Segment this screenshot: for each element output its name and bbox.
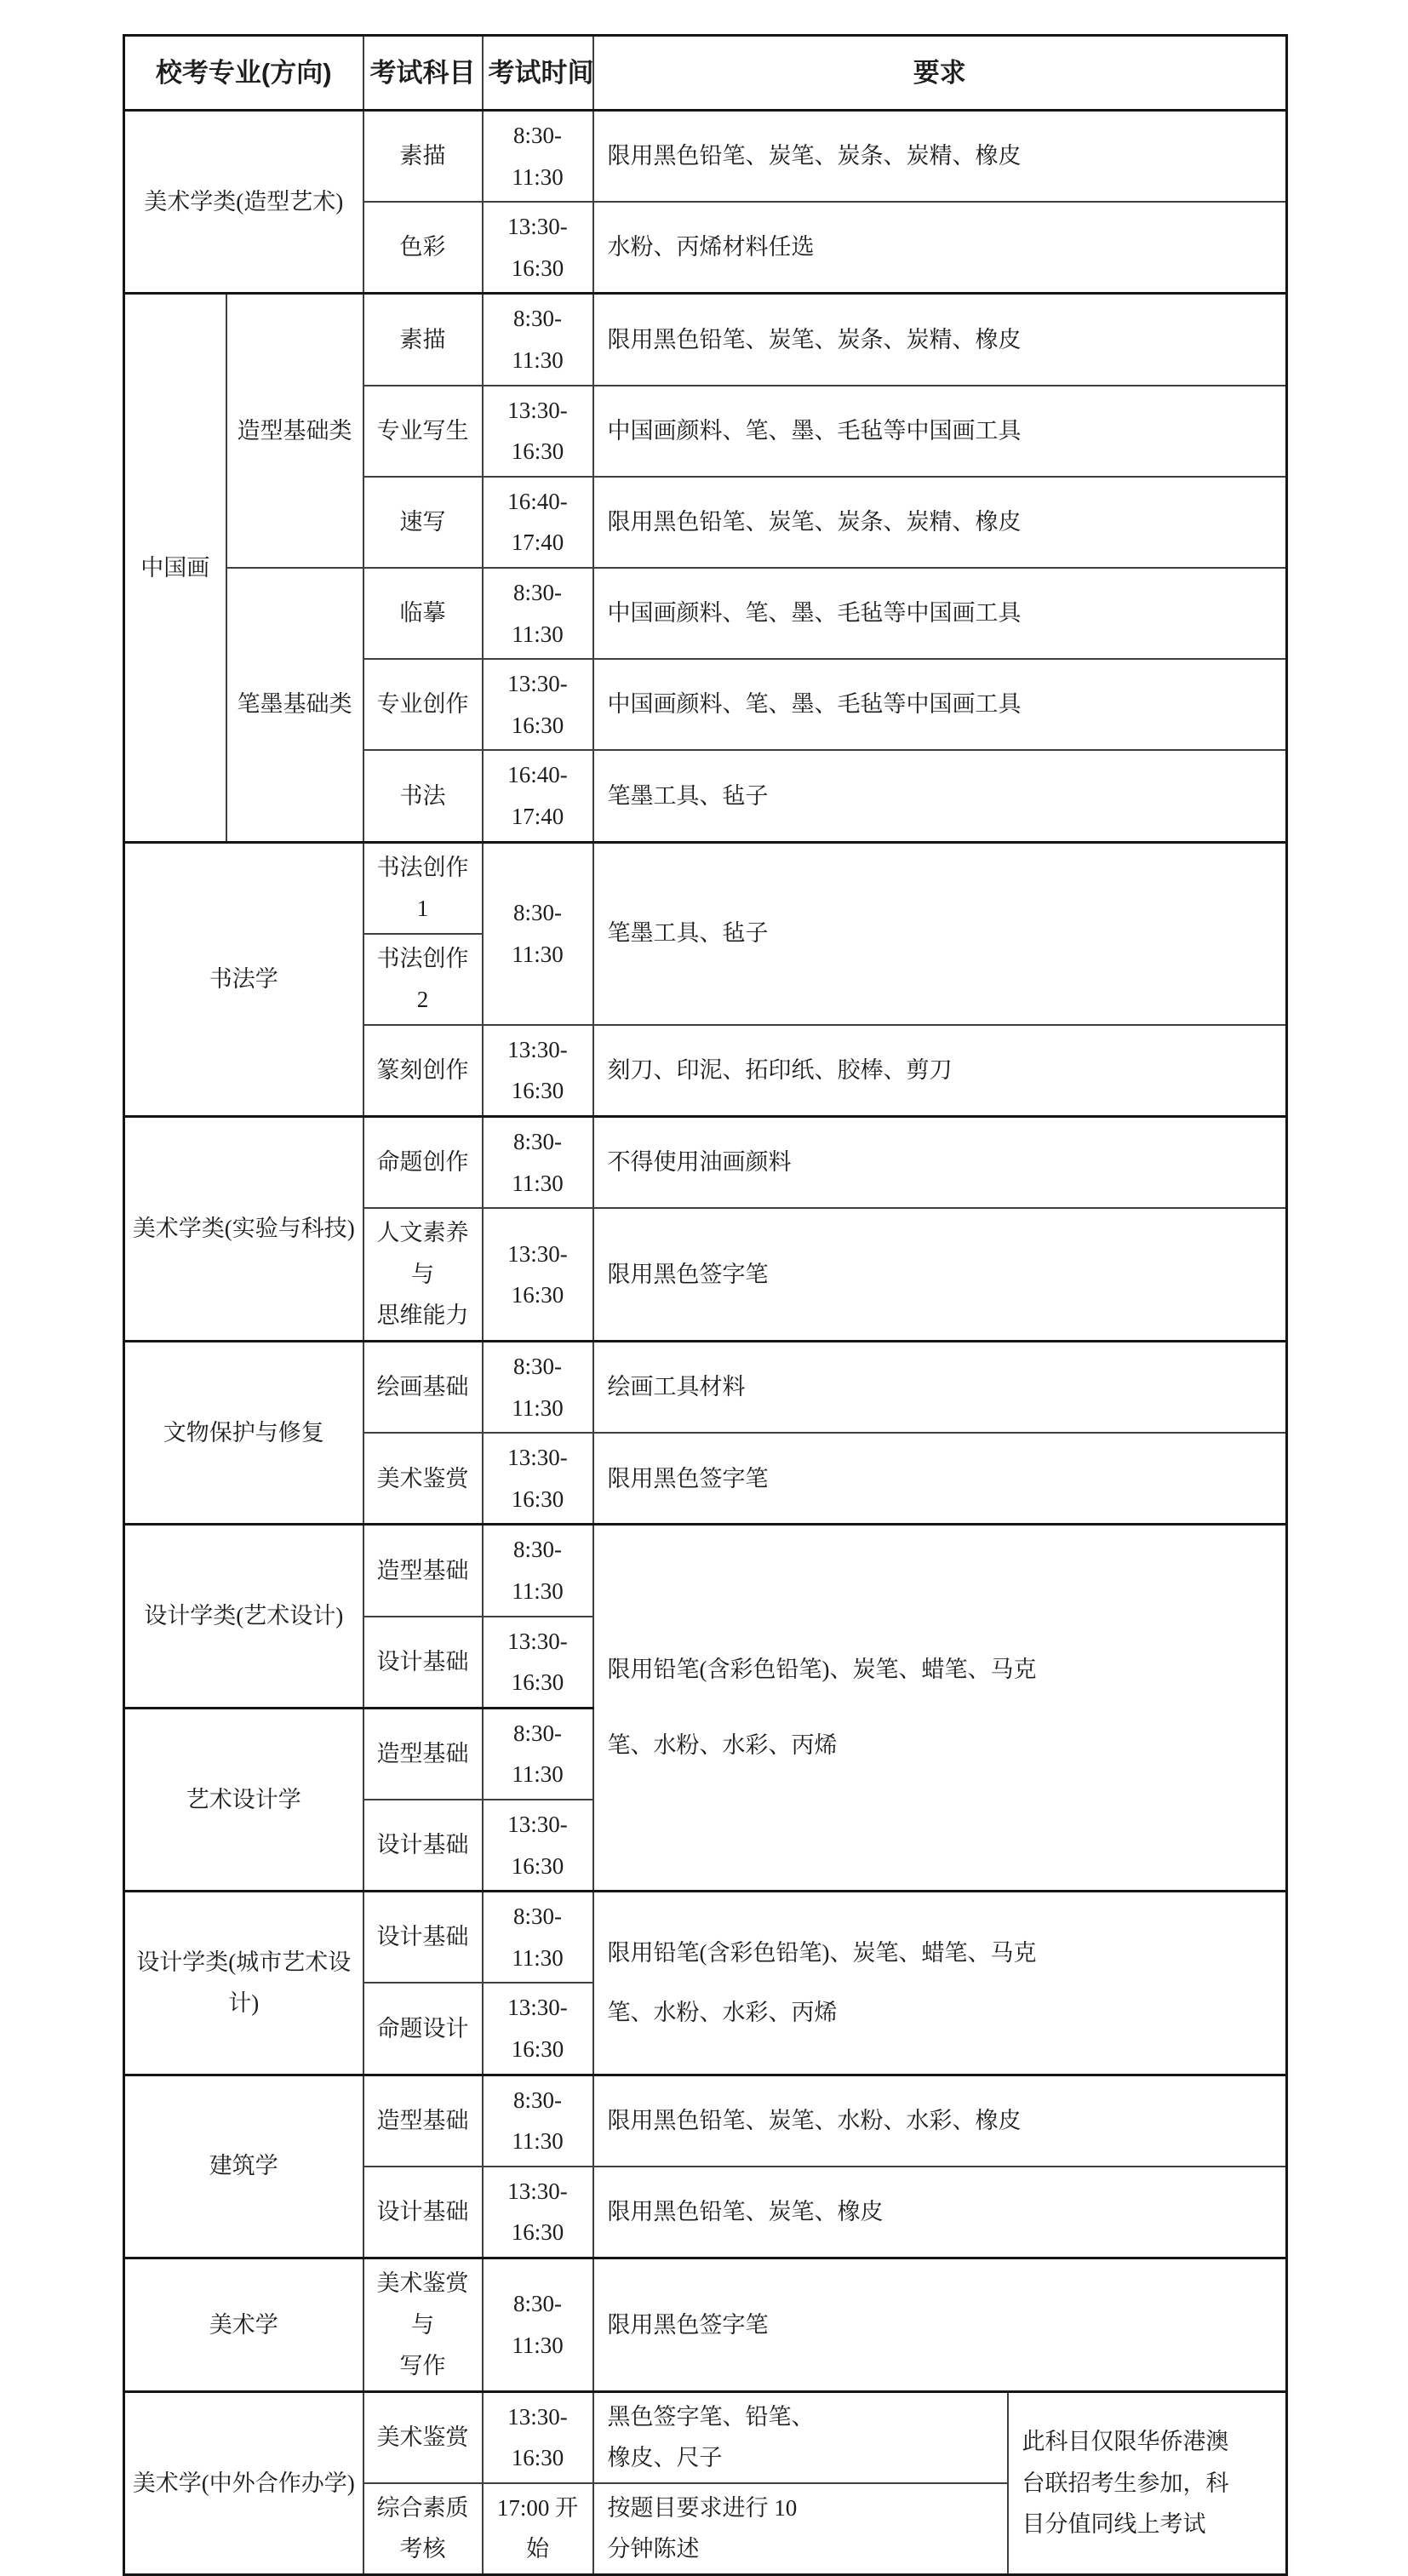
cell-requirement: 按题目要求进行 10 分钟陈述: [593, 2483, 1008, 2575]
table-row: 设计学类(艺术设计) 造型基础 8:30-11:30 限用铅笔(含彩色铅笔)、炭…: [124, 1525, 1287, 1617]
cell-time: 13:30-16:30: [483, 2391, 593, 2483]
cell-subject: 专业创作: [363, 659, 483, 750]
cell-major: 建筑学: [124, 2075, 363, 2258]
cell-time: 13:30-16:30: [483, 202, 593, 294]
cell-subject: 素描: [363, 111, 483, 203]
cell-time: 16:40-17:40: [483, 477, 593, 568]
cell-major: 文物保护与修复: [124, 1342, 363, 1525]
cell-requirement: 中国画颜料、笔、墨、毛毡等中国画工具: [593, 386, 1287, 477]
header-major: 校考专业(方向): [124, 36, 363, 111]
cell-time: 8:30-11:30: [483, 1708, 593, 1800]
cell-time: 17:00 开始: [483, 2483, 593, 2575]
cell-requirement: 限用黑色铅笔、炭笔、炭条、炭精、橡皮: [593, 294, 1287, 386]
cell-major: 设计学类(艺术设计): [124, 1525, 363, 1708]
cell-subject: 美术鉴赏: [363, 1433, 483, 1525]
table-row: 美术学(中外合作办学) 美术鉴赏 13:30-16:30 黑色签字笔、铅笔、 橡…: [124, 2391, 1287, 2483]
cell-requirement: 限用铅笔(含彩色铅笔)、炭笔、蜡笔、马克 笔、水粉、水彩、丙烯: [593, 1525, 1287, 1892]
cell-subject: 造型基础: [363, 1708, 483, 1800]
cell-requirement: 限用黑色铅笔、炭笔、水粉、水彩、橡皮: [593, 2075, 1287, 2167]
header-row: 校考专业(方向) 考试科目 考试时间 要求: [124, 36, 1287, 111]
cell-time: 13:30-16:30: [483, 2167, 593, 2258]
table-row: 美术学 美术鉴赏与 写作 8:30-11:30 限用黑色签字笔: [124, 2258, 1287, 2391]
cell-major: 美术学(中外合作办学): [124, 2391, 363, 2574]
cell-subject: 绘画基础: [363, 1342, 483, 1434]
cell-subject: 设计基础: [363, 1892, 483, 1984]
table-row: 设计学类(城市艺术设计) 设计基础 8:30-11:30 限用铅笔(含彩色铅笔)…: [124, 1892, 1287, 1984]
cell-subject: 专业写生: [363, 386, 483, 477]
cell-subject: 书法: [363, 750, 483, 842]
cell-time: 8:30-11:30: [483, 842, 593, 1025]
cell-subject: 速写: [363, 477, 483, 568]
cell-subject: 设计基础: [363, 2167, 483, 2258]
cell-subject: 设计基础: [363, 1617, 483, 1709]
header-time: 考试时间: [483, 36, 593, 111]
cell-time: 13:30-16:30: [483, 386, 593, 477]
cell-subject: 造型基础: [363, 1525, 483, 1617]
cell-requirement: 限用铅笔(含彩色铅笔)、炭笔、蜡笔、马克 笔、水粉、水彩、丙烯: [593, 1892, 1287, 2075]
cell-subject: 设计基础: [363, 1800, 483, 1892]
cell-subject: 命题创作: [363, 1117, 483, 1209]
cell-time: 8:30-11:30: [483, 2075, 593, 2167]
cell-subgroup: 造型基础类: [226, 294, 363, 568]
cell-requirement: 限用黑色签字笔: [593, 2258, 1287, 2391]
cell-requirement: 限用黑色铅笔、炭笔、炭条、炭精、橡皮: [593, 111, 1287, 203]
cell-time: 13:30-16:30: [483, 659, 593, 750]
cell-time: 13:30-16:30: [483, 1433, 593, 1525]
cell-time: 8:30-11:30: [483, 1525, 593, 1617]
cell-time: 13:30-16:30: [483, 1983, 593, 2075]
cell-requirement: 限用黑色签字笔: [593, 1208, 1287, 1341]
cell-subject: 命题设计: [363, 1983, 483, 2075]
cell-time: 16:40-17:40: [483, 750, 593, 842]
cell-subject: 色彩: [363, 202, 483, 294]
cell-subject: 造型基础: [363, 2075, 483, 2167]
cell-subject: 篆刻创作: [363, 1025, 483, 1117]
cell-subject: 美术鉴赏: [363, 2391, 483, 2483]
cell-requirement: 中国画颜料、笔、墨、毛毡等中国画工具: [593, 659, 1287, 750]
cell-time: 8:30-11:30: [483, 294, 593, 386]
cell-time: 8:30-11:30: [483, 1117, 593, 1209]
table-row: 美术学类(造型艺术) 素描 8:30-11:30 限用黑色铅笔、炭笔、炭条、炭精…: [124, 111, 1287, 203]
cell-major: 设计学类(城市艺术设计): [124, 1892, 363, 2075]
table-row: 笔墨基础类 临摹 8:30-11:30 中国画颜料、笔、墨、毛毡等中国画工具: [124, 568, 1287, 659]
header-subject: 考试科目: [363, 36, 483, 111]
header-requirement: 要求: [593, 36, 1287, 111]
table-row: 美术学类(实验与科技) 命题创作 8:30-11:30 不得使用油画颜料: [124, 1117, 1287, 1209]
table-row: 文物保护与修复 绘画基础 8:30-11:30 绘画工具材料: [124, 1342, 1287, 1434]
cell-major: 中国画: [124, 294, 226, 842]
cell-major: 美术学类(造型艺术): [124, 111, 363, 294]
cell-requirement: 刻刀、印泥、拓印纸、胶棒、剪刀: [593, 1025, 1287, 1117]
table-row: 中国画 造型基础类 素描 8:30-11:30 限用黑色铅笔、炭笔、炭条、炭精、…: [124, 294, 1287, 386]
cell-time: 13:30-16:30: [483, 1025, 593, 1117]
cell-time: 8:30-11:30: [483, 111, 593, 203]
cell-time: 8:30-11:30: [483, 1342, 593, 1434]
cell-subject: 美术鉴赏与 写作: [363, 2258, 483, 2391]
cell-requirement: 笔墨工具、毡子: [593, 842, 1287, 1025]
cell-requirement: 限用黑色铅笔、炭笔、炭条、炭精、橡皮: [593, 477, 1287, 568]
table-row: 建筑学 造型基础 8:30-11:30 限用黑色铅笔、炭笔、水粉、水彩、橡皮: [124, 2075, 1287, 2167]
cell-requirement: 黑色签字笔、铅笔、 橡皮、尺子: [593, 2391, 1008, 2483]
cell-requirement: 笔墨工具、毡子: [593, 750, 1287, 842]
cell-major: 书法学: [124, 842, 363, 1117]
cell-subject: 临摹: [363, 568, 483, 659]
cell-subject: 人文素养与 思维能力: [363, 1208, 483, 1341]
cell-requirement: 绘画工具材料: [593, 1342, 1287, 1434]
cell-time: 13:30-16:30: [483, 1208, 593, 1341]
cell-time: 13:30-16:30: [483, 1617, 593, 1709]
table-row: 书法学 书法创作 1 8:30-11:30 笔墨工具、毡子: [124, 842, 1287, 934]
cell-time: 8:30-11:30: [483, 2258, 593, 2391]
cell-requirement: 中国画颜料、笔、墨、毛毡等中国画工具: [593, 568, 1287, 659]
cell-major: 美术学类(实验与科技): [124, 1117, 363, 1342]
cell-subject: 素描: [363, 294, 483, 386]
cell-time: 8:30-11:30: [483, 568, 593, 659]
cell-subject: 书法创作 2: [363, 934, 483, 1025]
cell-time: 8:30-11:30: [483, 1892, 593, 1984]
exam-schedule-table: 校考专业(方向) 考试科目 考试时间 要求 美术学类(造型艺术) 素描 8:30…: [123, 34, 1288, 2576]
cell-requirement: 限用黑色签字笔: [593, 1433, 1287, 1525]
cell-requirement: 限用黑色铅笔、炭笔、橡皮: [593, 2167, 1287, 2258]
cell-requirement: 不得使用油画颜料: [593, 1117, 1287, 1209]
document-page: 校考专业(方向) 考试科目 考试时间 要求 美术学类(造型艺术) 素描 8:30…: [123, 34, 1288, 2576]
cell-requirement: 水粉、丙烯材料任选: [593, 202, 1287, 294]
cell-time: 13:30-16:30: [483, 1800, 593, 1892]
cell-major: 艺术设计学: [124, 1708, 363, 1891]
cell-subgroup: 笔墨基础类: [226, 568, 363, 842]
cell-major: 美术学: [124, 2258, 363, 2391]
cell-note: 此科目仅限华侨港澳 台联招考生参加，科 目分值同线上考试: [1008, 2391, 1287, 2574]
cell-subject: 书法创作 1: [363, 842, 483, 934]
cell-subject: 综合素质 考核: [363, 2483, 483, 2575]
